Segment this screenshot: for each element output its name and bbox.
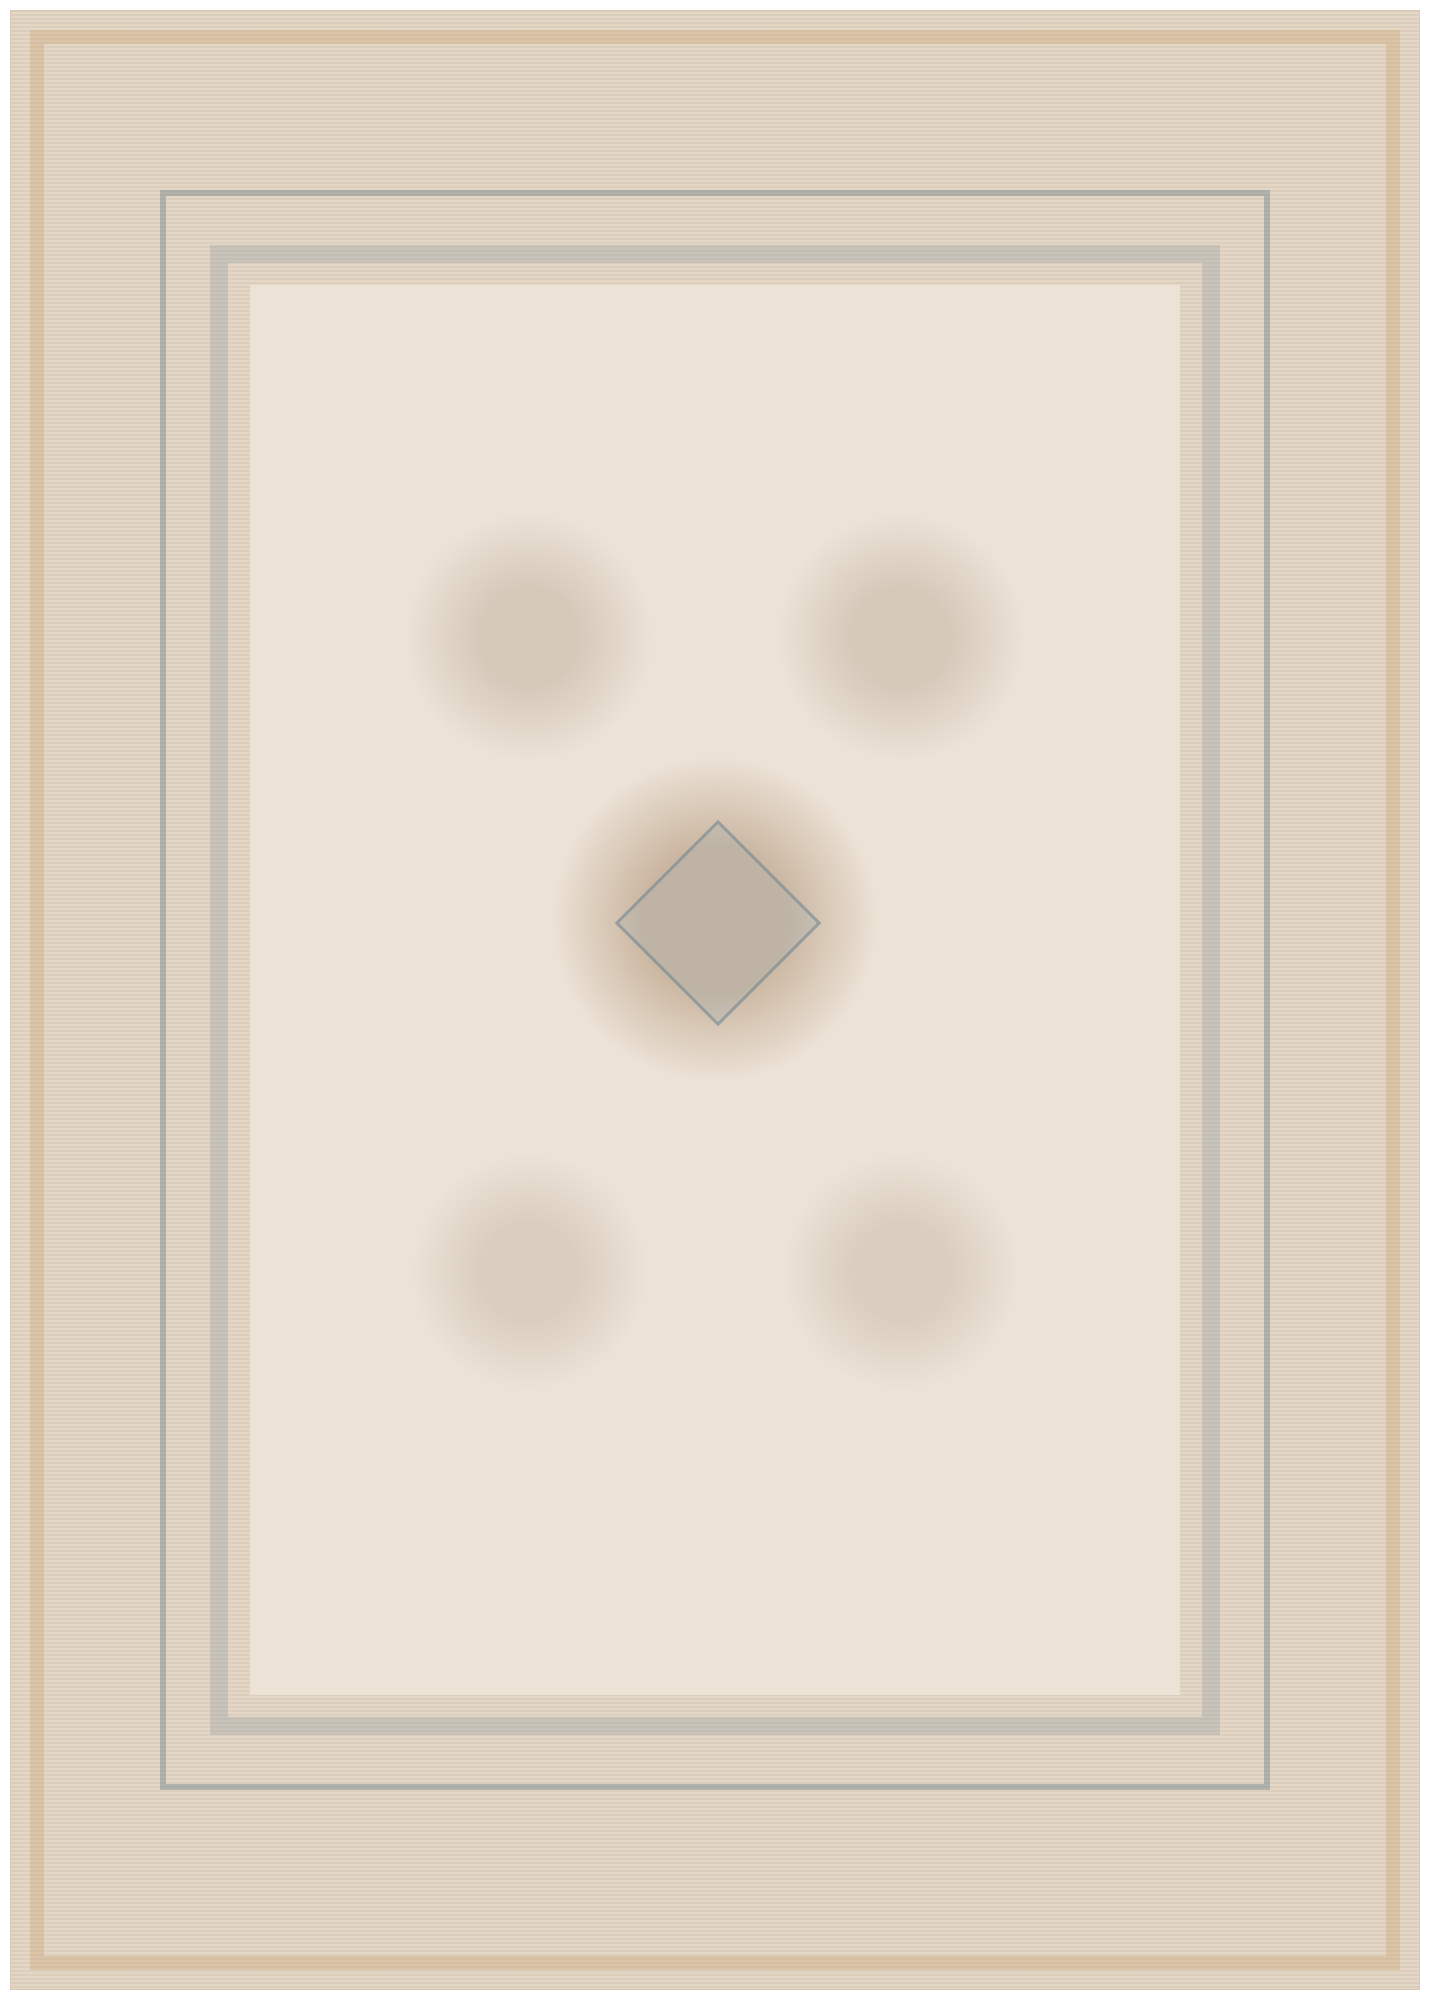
rug-field [250, 285, 1180, 1695]
center-medallion [615, 819, 821, 1025]
rug-photo: Vintage distressed Persian rug [10, 10, 1420, 1990]
